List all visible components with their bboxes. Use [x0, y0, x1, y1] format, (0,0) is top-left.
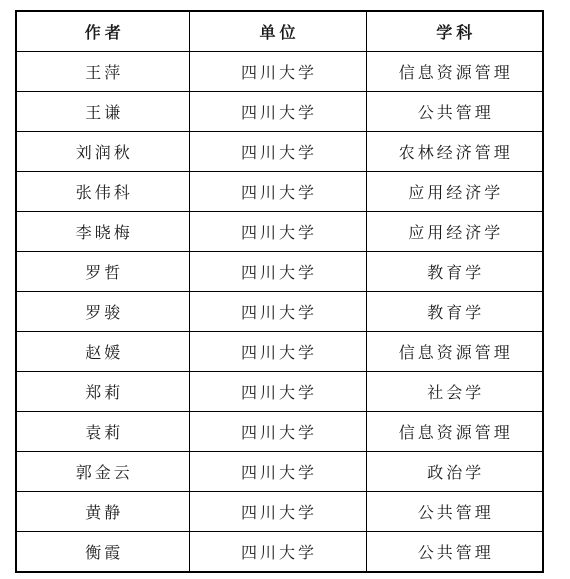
unit-cell: 四川大学 — [189, 412, 366, 452]
discipline-cell: 农林经济管理 — [366, 132, 543, 172]
unit-cell: 四川大学 — [189, 332, 366, 372]
table-row: 郭金云 四川大学 政治学 — [16, 452, 543, 492]
table-row: 罗哲 四川大学 教育学 — [16, 252, 543, 292]
discipline-cell: 应用经济学 — [366, 212, 543, 252]
header-row: 作者 单位 学科 — [16, 11, 543, 52]
author-cell: 刘润秋 — [16, 132, 189, 172]
author-cell: 衡霞 — [16, 532, 189, 573]
unit-cell: 四川大学 — [189, 52, 366, 92]
table-row: 赵媛 四川大学 信息资源管理 — [16, 332, 543, 372]
discipline-cell: 公共管理 — [366, 492, 543, 532]
column-header-unit: 单位 — [189, 11, 366, 52]
table-row: 刘润秋 四川大学 农林经济管理 — [16, 132, 543, 172]
column-header-discipline: 学科 — [366, 11, 543, 52]
table-row: 黄静 四川大学 公共管理 — [16, 492, 543, 532]
unit-cell: 四川大学 — [189, 172, 366, 212]
discipline-cell: 信息资源管理 — [366, 52, 543, 92]
table-row: 罗骏 四川大学 教育学 — [16, 292, 543, 332]
table-row: 李晓梅 四川大学 应用经济学 — [16, 212, 543, 252]
discipline-cell: 公共管理 — [366, 532, 543, 573]
table-row: 袁莉 四川大学 信息资源管理 — [16, 412, 543, 452]
column-header-author: 作者 — [16, 11, 189, 52]
discipline-cell: 教育学 — [366, 252, 543, 292]
author-cell: 郭金云 — [16, 452, 189, 492]
author-cell: 黄静 — [16, 492, 189, 532]
discipline-cell: 应用经济学 — [366, 172, 543, 212]
author-cell: 罗骏 — [16, 292, 189, 332]
author-cell: 张伟科 — [16, 172, 189, 212]
author-cell: 罗哲 — [16, 252, 189, 292]
unit-cell: 四川大学 — [189, 252, 366, 292]
discipline-cell: 政治学 — [366, 452, 543, 492]
discipline-cell: 信息资源管理 — [366, 332, 543, 372]
table-row: 郑莉 四川大学 社会学 — [16, 372, 543, 412]
author-cell: 李晓梅 — [16, 212, 189, 252]
table-row: 王谦 四川大学 公共管理 — [16, 92, 543, 132]
discipline-cell: 教育学 — [366, 292, 543, 332]
table-row: 衡霞 四川大学 公共管理 — [16, 532, 543, 573]
unit-cell: 四川大学 — [189, 372, 366, 412]
table-row: 张伟科 四川大学 应用经济学 — [16, 172, 543, 212]
discipline-cell: 公共管理 — [366, 92, 543, 132]
author-cell: 王谦 — [16, 92, 189, 132]
unit-cell: 四川大学 — [189, 452, 366, 492]
discipline-cell: 信息资源管理 — [366, 412, 543, 452]
author-cell: 王萍 — [16, 52, 189, 92]
document-page: 作者 单位 学科 王萍 四川大学 信息资源管理 王谦 四川大学 公共管理 刘润秋… — [0, 0, 570, 579]
authors-table: 作者 单位 学科 王萍 四川大学 信息资源管理 王谦 四川大学 公共管理 刘润秋… — [15, 10, 544, 573]
unit-cell: 四川大学 — [189, 212, 366, 252]
unit-cell: 四川大学 — [189, 292, 366, 332]
discipline-cell: 社会学 — [366, 372, 543, 412]
author-cell: 郑莉 — [16, 372, 189, 412]
author-cell: 赵媛 — [16, 332, 189, 372]
author-cell: 袁莉 — [16, 412, 189, 452]
unit-cell: 四川大学 — [189, 92, 366, 132]
unit-cell: 四川大学 — [189, 132, 366, 172]
unit-cell: 四川大学 — [189, 492, 366, 532]
table-row: 王萍 四川大学 信息资源管理 — [16, 52, 543, 92]
unit-cell: 四川大学 — [189, 532, 366, 573]
